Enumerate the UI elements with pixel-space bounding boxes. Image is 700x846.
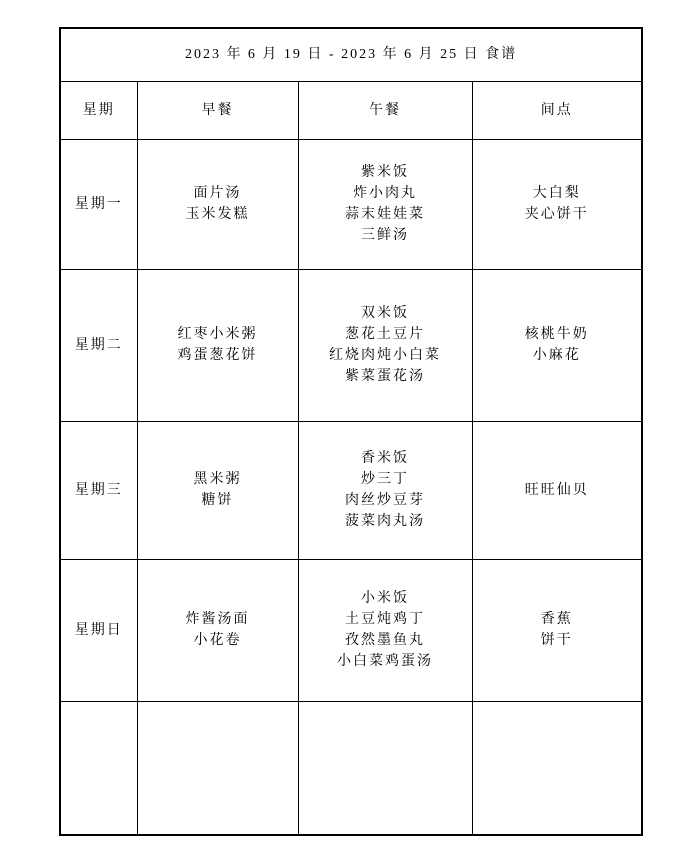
breakfast-cell: 炸酱汤面 小花卷: [137, 559, 298, 701]
table-row-empty: [60, 701, 642, 835]
day-cell: 星期日: [60, 559, 137, 701]
header-snack: 间点: [472, 81, 642, 139]
snack-cell: [472, 701, 642, 835]
snack-cell: 大白梨 夹心饼干: [472, 139, 642, 269]
day-cell: 星期二: [60, 269, 137, 421]
breakfast-cell: [137, 701, 298, 835]
day-cell: 星期三: [60, 421, 137, 559]
table-row-tuesday: 星期二 红枣小米粥 鸡蛋葱花饼 双米饭 葱花土豆片 红烧肉炖小白菜 紫菜蛋花汤 …: [60, 269, 642, 421]
header-row: 星期 早餐 午餐 间点: [60, 81, 642, 139]
breakfast-cell: 黑米粥 糖饼: [137, 421, 298, 559]
snack-cell: 旺旺仙贝: [472, 421, 642, 559]
breakfast-cell: 面片汤 玉米发糕: [137, 139, 298, 269]
snack-cell: 核桃牛奶 小麻花: [472, 269, 642, 421]
header-lunch: 午餐: [298, 81, 472, 139]
lunch-cell: 双米饭 葱花土豆片 红烧肉炖小白菜 紫菜蛋花汤: [298, 269, 472, 421]
lunch-cell: [298, 701, 472, 835]
title-row: 2023 年 6 月 19 日 - 2023 年 6 月 25 日 食谱: [60, 28, 642, 81]
table-row-sunday: 星期日 炸酱汤面 小花卷 小米饭 土豆炖鸡丁 孜然墨鱼丸 小白菜鸡蛋汤 香蕉 饼…: [60, 559, 642, 701]
breakfast-cell: 红枣小米粥 鸡蛋葱花饼: [137, 269, 298, 421]
header-day: 星期: [60, 81, 137, 139]
snack-cell: 香蕉 饼干: [472, 559, 642, 701]
lunch-cell: 紫米饭 炸小肉丸 蒜末娃娃菜 三鲜汤: [298, 139, 472, 269]
table-row-wednesday: 星期三 黑米粥 糖饼 香米饭 炒三丁 肉丝炒豆芽 菠菜肉丸汤 旺旺仙贝: [60, 421, 642, 559]
weekly-menu-table: 2023 年 6 月 19 日 - 2023 年 6 月 25 日 食谱 星期 …: [59, 27, 643, 836]
header-breakfast: 早餐: [137, 81, 298, 139]
day-cell: 星期一: [60, 139, 137, 269]
lunch-cell: 香米饭 炒三丁 肉丝炒豆芽 菠菜肉丸汤: [298, 421, 472, 559]
day-cell: [60, 701, 137, 835]
lunch-cell: 小米饭 土豆炖鸡丁 孜然墨鱼丸 小白菜鸡蛋汤: [298, 559, 472, 701]
document-title: 2023 年 6 月 19 日 - 2023 年 6 月 25 日 食谱: [60, 28, 642, 81]
table-row-monday: 星期一 面片汤 玉米发糕 紫米饭 炸小肉丸 蒜末娃娃菜 三鲜汤 大白梨 夹心饼干: [60, 139, 642, 269]
